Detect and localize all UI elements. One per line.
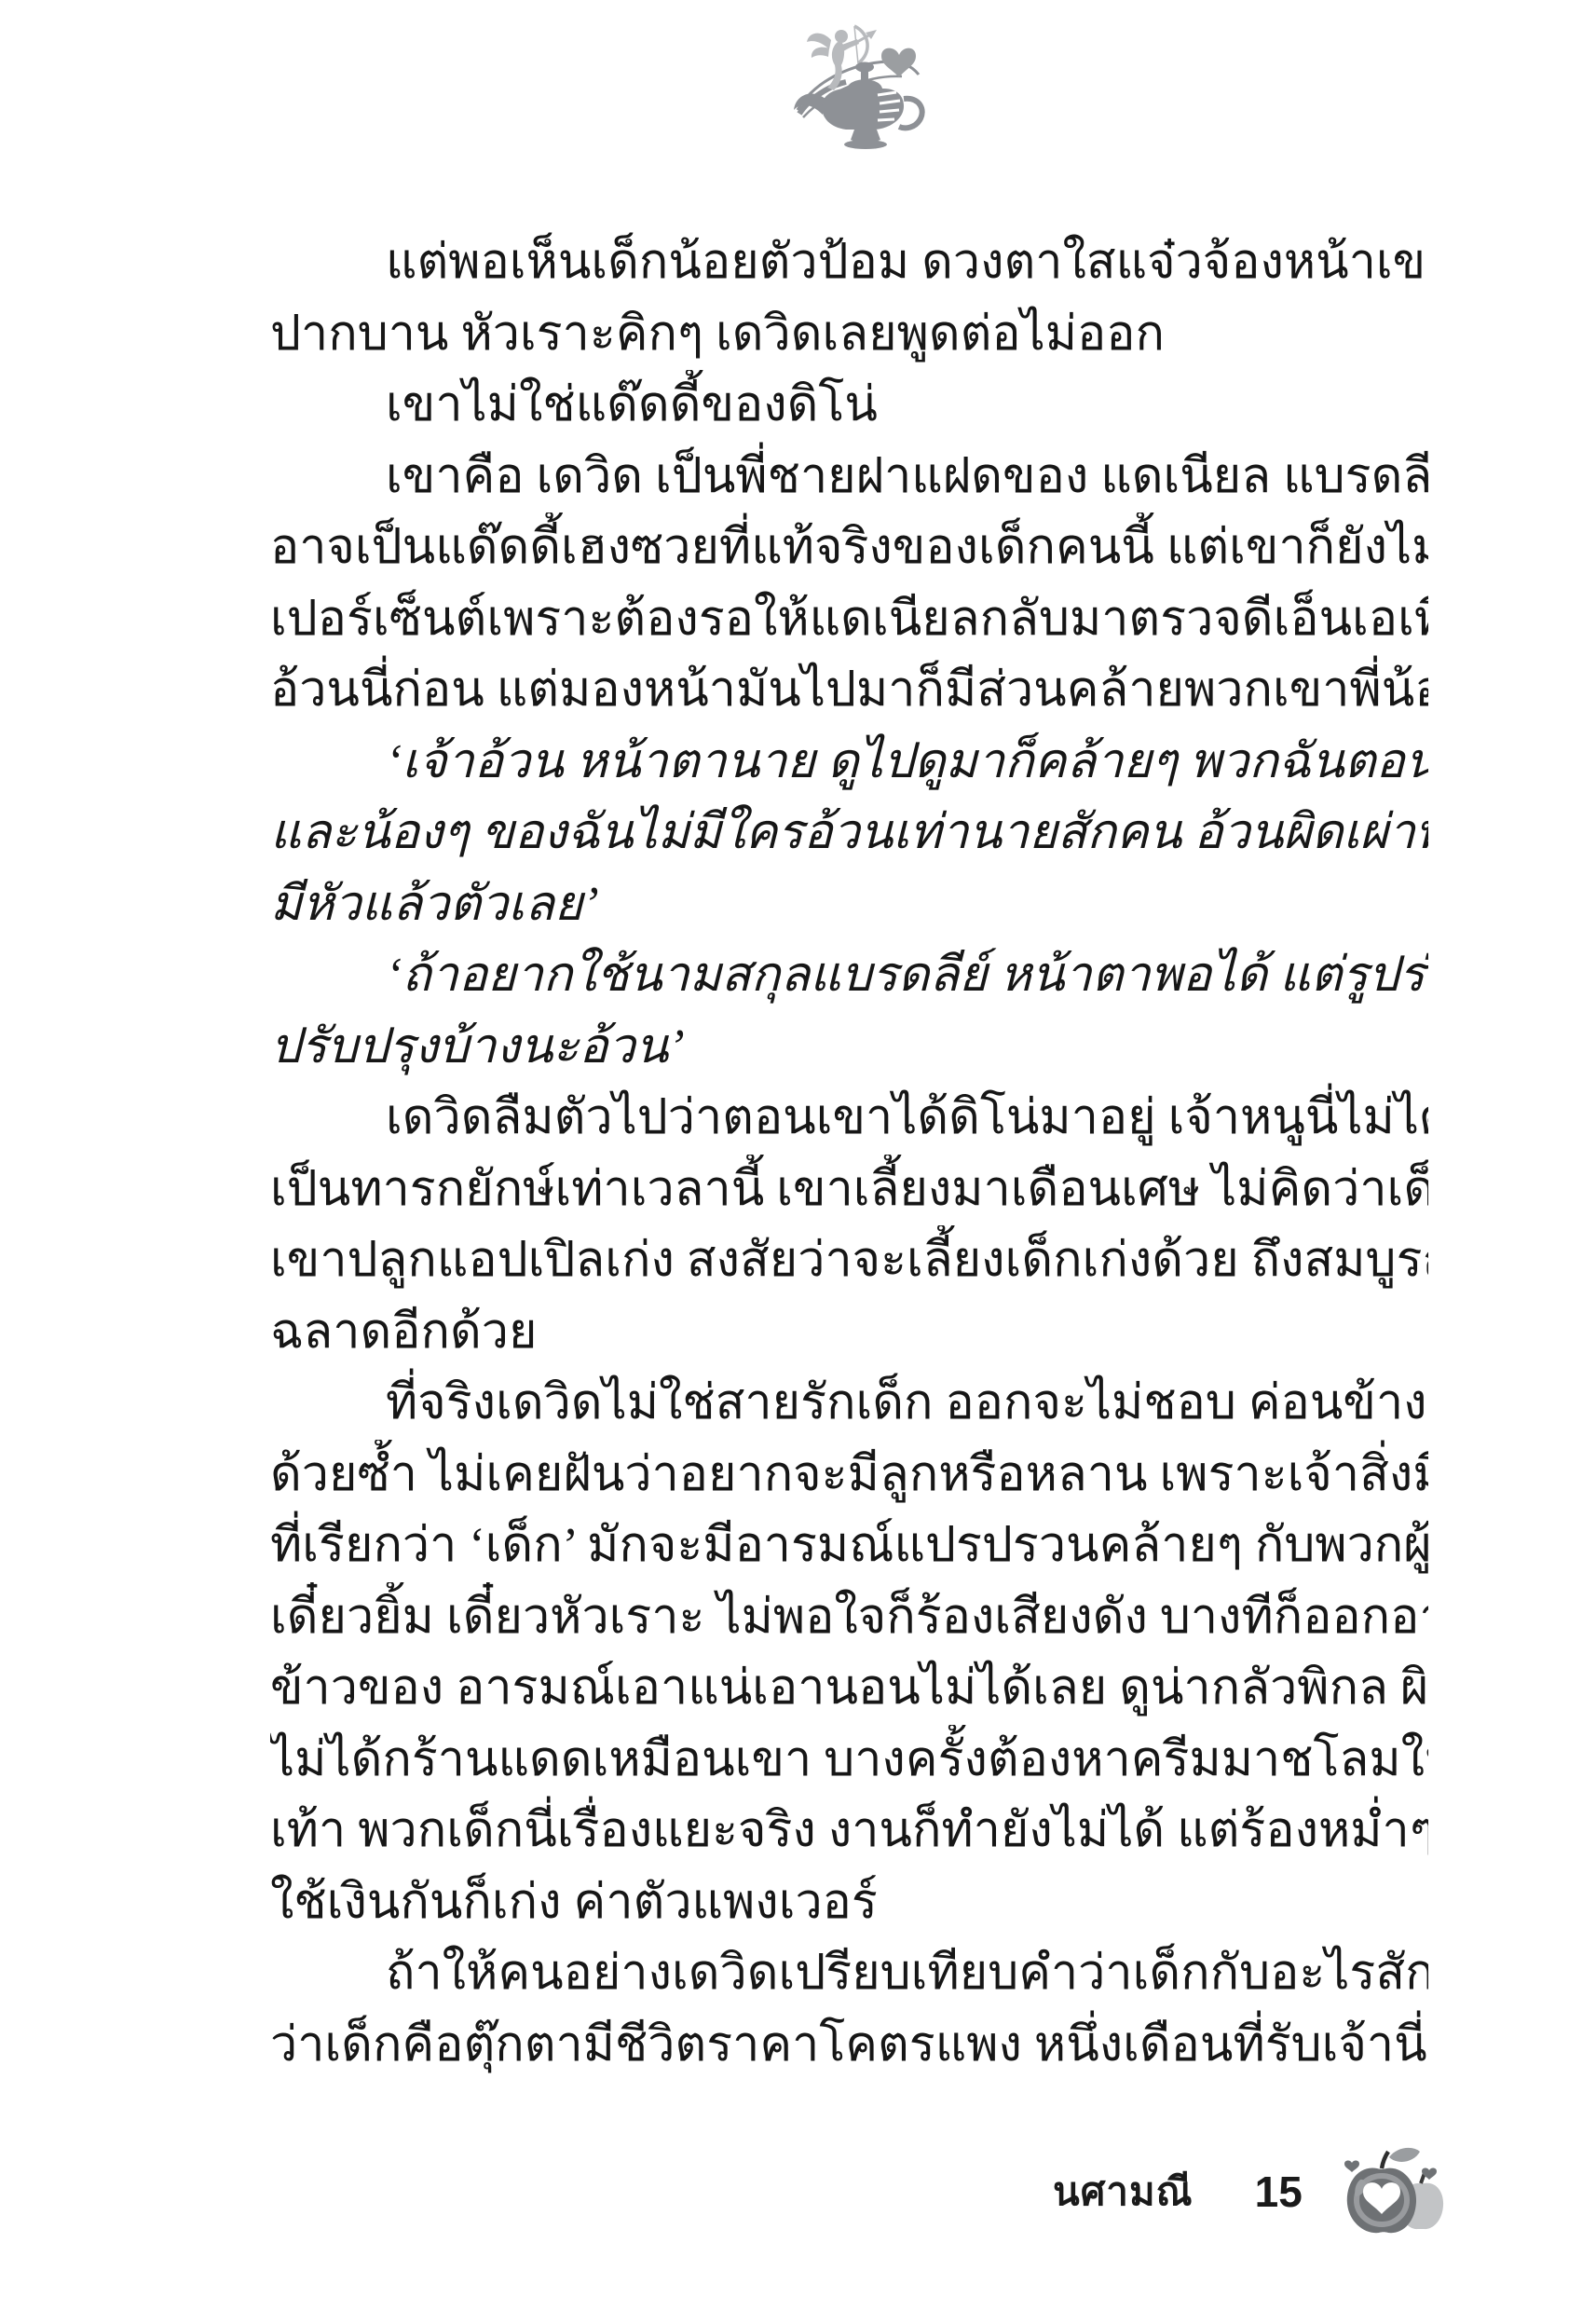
text-line: และน้องๆ ของฉันไม่มีใครอ้วนเท่านายสักคน … — [270, 798, 1428, 869]
text-line: เขาไม่ใช่แด๊ดดี้ของดิโน่ — [270, 370, 1428, 442]
text-line: เขาคือ เดวิด เป็นพี่ชายฝาแฝดของ แดเนียล … — [270, 442, 1428, 513]
text-line: ถ้าให้คนอย่างเดวิดเปรียบเทียบคำว่าเด็กกั… — [270, 1938, 1428, 2010]
text-line: ใช้เงินกันก็เก่ง ค่าตัวแพงเวอร์ — [270, 1867, 1428, 1939]
text-line: เปอร์เซ็นต์เพราะต้องรอให้แดเนียลกลับมาตร… — [270, 584, 1428, 656]
text-line: เขาปลูกแอปเปิลเก่ง สงสัยว่าจะเลี้ยงเด็กเ… — [270, 1225, 1428, 1297]
apple-heart-logo-icon — [1340, 2144, 1448, 2239]
paragraph: ถ้าให้คนอย่างเดวิดเปรียบเทียบคำว่าเด็กกั… — [270, 1938, 1428, 2081]
text-line: ข้าวของ อารมณ์เอาแน่เอานอนไม่ได้เลย ดูน่… — [270, 1653, 1428, 1725]
paragraph: ที่จริงเดวิดไม่ใช่สายรักเด็ก ออกจะไม่ชอบ… — [270, 1368, 1428, 1938]
text-line: ไม่ได้กร้านแดดเหมือนเขา บางครั้งต้องหาคร… — [270, 1725, 1428, 1797]
paragraph: ‘ถ้าอยากใช้นามสกุลแบรดลีย์ หน้าตาพอได้ แ… — [270, 940, 1428, 1083]
text-line: เดี๋ยวยิ้ม เดี๋ยวหัวเราะ ไม่พอใจก็ร้องเส… — [270, 1582, 1428, 1654]
text-line: มีหัวแล้วตัวเลย’ — [270, 869, 1428, 941]
paragraph: เขาคือ เดวิด เป็นพี่ชายฝาแฝดของ แดเนียล … — [270, 442, 1428, 727]
text-line: ฉลาดอีกด้วย — [270, 1297, 1428, 1369]
paragraph: เดวิดลืมตัวไปว่าตอนเขาได้ดิโน่มาอยู่ เจ้… — [270, 1083, 1428, 1368]
text-line: ปากบาน หัวเราะคิกๆ เดวิดเลยพูดต่อไม่ออก — [270, 299, 1428, 371]
text-line: ที่จริงเดวิดไม่ใช่สายรักเด็ก ออกจะไม่ชอบ… — [270, 1368, 1428, 1440]
page-number: 15 — [1255, 2167, 1303, 2217]
text-line: เดวิดลืมตัวไปว่าตอนเขาได้ดิโน่มาอยู่ เจ้… — [270, 1083, 1428, 1155]
text-line: ปรับปรุงบ้างนะอ้วน’ — [270, 1012, 1428, 1084]
text-line: ที่เรียกว่า ‘เด็ก’ มักจะมีอารมณ์แปรปรวนค… — [270, 1511, 1428, 1582]
text-line: แต่พอเห็นเด็กน้อยตัวป้อม ดวงตาใสแจ๋วจ้อง… — [270, 227, 1428, 299]
text-line: อ้วนนี่ก่อน แต่มองหน้ามันไปมาก็มีส่วนคล้… — [270, 655, 1428, 727]
text-line: เป็นทารกยักษ์เท่าเวลานี้ เขาเลี้ยงมาเดือ… — [270, 1155, 1428, 1226]
author-name: นศามณี — [1053, 2161, 1194, 2222]
book-page: แต่พอเห็นเด็กน้อยตัวป้อม ดวงตาใสแจ๋วจ้อง… — [0, 0, 1596, 2311]
text-line: เท้า พวกเด็กนี่เรื่องแยะจริง งานก็ทำยังไ… — [270, 1796, 1428, 1867]
page-footer: นศามณี 15 — [1053, 2143, 1448, 2240]
paragraph: แต่พอเห็นเด็กน้อยตัวป้อม ดวงตาใสแจ๋วจ้อง… — [270, 227, 1428, 370]
paragraph: เขาไม่ใช่แด๊ดดี้ของดิโน่ — [270, 370, 1428, 442]
text-line: ‘เจ้าอ้วน หน้าตานาย ดูไปดูมาก็คล้ายๆ พวก… — [270, 727, 1428, 799]
cupid-genie-lamp-ornament-icon — [788, 24, 930, 157]
body-text: แต่พอเห็นเด็กน้อยตัวป้อม ดวงตาใสแจ๋วจ้อง… — [270, 227, 1428, 2081]
text-line: ‘ถ้าอยากใช้นามสกุลแบรดลีย์ หน้าตาพอได้ แ… — [270, 940, 1428, 1012]
text-line: ว่าเด็กคือตุ๊กตามีชีวิตราคาโคตรแพง หนึ่ง… — [270, 2010, 1428, 2082]
paragraph: ‘เจ้าอ้วน หน้าตานาย ดูไปดูมาก็คล้ายๆ พวก… — [270, 727, 1428, 941]
text-line: อาจเป็นแด๊ดดี้เฮงซวยที่แท้จริงของเด็กคนน… — [270, 513, 1428, 584]
text-line: ด้วยซ้ำ ไม่เคยฝันว่าอยากจะมีลูกหรือหลาน … — [270, 1440, 1428, 1511]
